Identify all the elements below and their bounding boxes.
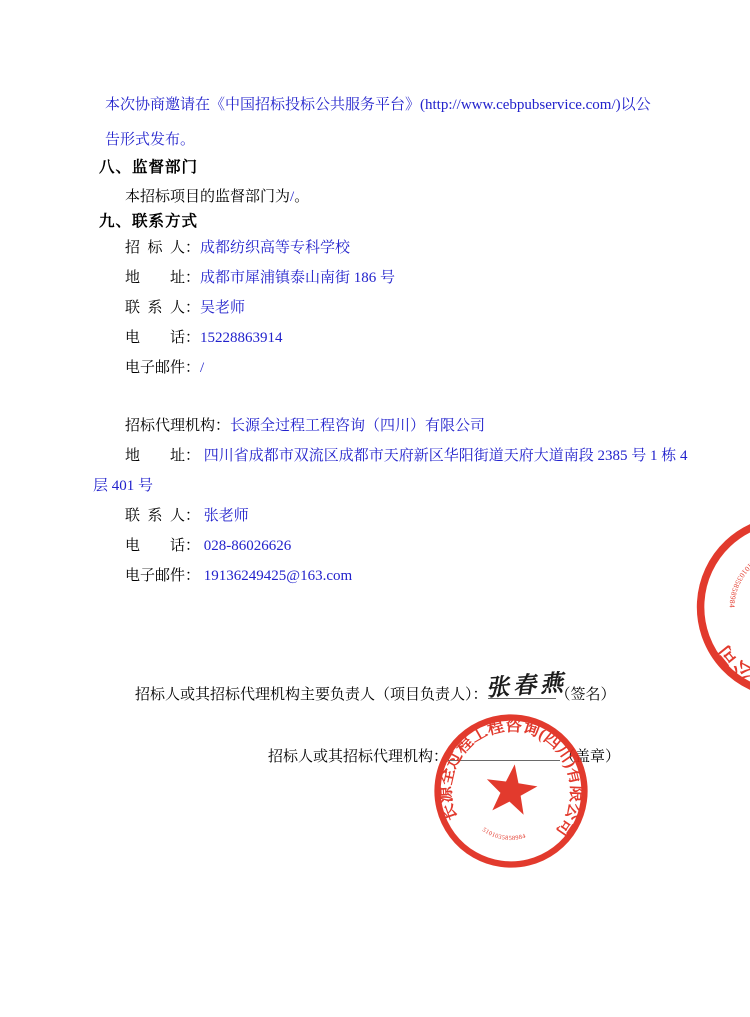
- field-colon: ：: [185, 270, 200, 286]
- tenderer-row-contact-person: 联系人：吴老师: [125, 293, 395, 323]
- document-page: { "colors": { "link_blue": "#2222cc", "t…: [0, 0, 750, 1017]
- tenderer-row-email: 电子邮件：/: [125, 353, 395, 383]
- seal-graphic: 长源全过程工程咨询(四川)有限公司 5101035858984: [422, 702, 600, 880]
- field-colon: ：: [185, 300, 200, 316]
- seal-code-textpath: 5101035858984: [480, 826, 528, 845]
- field-label: 地址: [125, 441, 185, 471]
- seal-ring: [672, 491, 750, 723]
- signature-line-principal: 招标人或其招标代理机构主要负责人（项目负责人）：张春燕（签名）: [135, 681, 616, 706]
- tenderer-row-phone: 电话：15228863914: [125, 323, 395, 353]
- field-colon: ：: [185, 508, 200, 524]
- field-label: 电子邮件: [125, 561, 185, 591]
- field-value: 成都市犀浦镇泰山南街 186 号: [200, 270, 395, 286]
- field-value: /: [200, 360, 204, 376]
- agency-block: 招标代理机构：长源全过程工程咨询（四川）有限公司 地址： 四川省成都市双流区成都…: [125, 411, 688, 471]
- field-value: 成都纺织高等专科学校: [200, 240, 350, 256]
- company-seal-main: 长源全过程工程咨询(四川)有限公司 5101035858984: [422, 702, 600, 880]
- field-label: 联系人: [125, 293, 185, 323]
- section-heading-supervision: 八、监督部门: [99, 155, 198, 177]
- agency-row-contact-person: 联系人： 张老师: [125, 501, 352, 531]
- signature-line2-label: 招标人或其招标代理机构：: [268, 749, 448, 765]
- field-value: 吴老师: [200, 300, 245, 316]
- field-colon: ：: [185, 448, 200, 464]
- supervision-text: 本招标项目的监督部门为: [125, 189, 290, 205]
- field-colon: ：: [185, 240, 200, 256]
- tenderer-row-name: 招标人：成都纺织高等专科学校: [125, 233, 395, 263]
- tenderer-row-address: 地址：成都市犀浦镇泰山南街 186 号: [125, 263, 395, 293]
- seal-graphic: 长源全过程工程咨询(四川)有限公司 5101035858984: [663, 482, 750, 732]
- seal-company-text: 长源全过程工程咨询(四川)有限公司: [706, 505, 750, 726]
- seal-company-textpath: 长源全过程工程咨询(四川)有限公司: [429, 705, 596, 844]
- supervision-period: 。: [294, 189, 309, 205]
- field-label: 招标人: [125, 233, 185, 263]
- signature-line-agency: 招标人或其招标代理机构：（盖章）: [268, 743, 620, 768]
- field-colon: ：: [185, 538, 200, 554]
- seal-star-icon: [483, 761, 540, 816]
- announcement-paragraph: 本次协商邀请在《中国招标投标公共服务平台》(http://www.cebpubs…: [105, 88, 665, 158]
- seal-code-textpath: 5101035858984: [722, 556, 750, 612]
- field-value: 19136249425@163.com: [204, 568, 352, 584]
- seal-company-text: 长源全过程工程咨询(四川)有限公司: [429, 705, 596, 844]
- agency-block-2: 联系人： 张老师 电话： 028-86026626 电子邮件： 19136249…: [125, 501, 352, 591]
- tenderer-block: 招标人：成都纺织高等专科学校 地址：成都市犀浦镇泰山南街 186 号 联系人：吴…: [125, 233, 395, 383]
- signature-line2-suffix: （盖章）: [560, 749, 620, 765]
- section-heading-contact: 九、联系方式: [99, 209, 198, 231]
- handwritten-signature: 张春燕: [485, 672, 567, 700]
- agency-row-address: 地址： 四川省成都市双流区成都市天府新区华阳街道天府大道南段 2385 号 1 …: [125, 441, 688, 471]
- agency-row-name: 招标代理机构：长源全过程工程咨询（四川）有限公司: [125, 411, 688, 441]
- field-label: 电话: [125, 531, 185, 561]
- seal-code-text: 5101035858984: [480, 826, 528, 845]
- seal-underline: [448, 743, 560, 761]
- signature-underline: 张春燕: [488, 681, 556, 699]
- company-seal-partial: 长源全过程工程咨询(四川)有限公司 5101035858984: [663, 482, 750, 732]
- field-colon: ：: [185, 360, 200, 376]
- seal-company-textpath: 长源全过程工程咨询(四川)有限公司: [706, 505, 750, 726]
- agency-row-email: 电子邮件： 19136249425@163.com: [125, 561, 352, 591]
- agency-row-phone: 电话： 028-86026626: [125, 531, 352, 561]
- supervision-body: 本招标项目的监督部门为/。: [125, 185, 309, 206]
- field-label: 电话: [125, 323, 185, 353]
- field-value: 长源全过程工程咨询（四川）有限公司: [230, 418, 485, 434]
- field-value: 15228863914: [200, 330, 283, 346]
- field-value: 张老师: [204, 508, 249, 524]
- field-label: 电子邮件: [125, 353, 185, 383]
- seal-ring: [428, 708, 594, 874]
- field-value: 四川省成都市双流区成都市天府新区华阳街道天府大道南段 2385 号 1 栋 4: [204, 448, 688, 464]
- seal-code-text: 5101035858984: [722, 556, 750, 612]
- field-label: 地址: [125, 263, 185, 293]
- field-label: 联系人: [125, 501, 185, 531]
- agency-address-wrap-line: 层 401 号: [93, 471, 153, 501]
- field-label: 招标代理机构: [125, 411, 215, 441]
- field-value: 028-86026626: [204, 538, 292, 554]
- signature-line1-label: 招标人或其招标代理机构主要负责人（项目负责人）：: [135, 687, 488, 703]
- field-colon: ：: [185, 330, 200, 346]
- field-colon: ：: [215, 418, 230, 434]
- field-colon: ：: [185, 568, 200, 584]
